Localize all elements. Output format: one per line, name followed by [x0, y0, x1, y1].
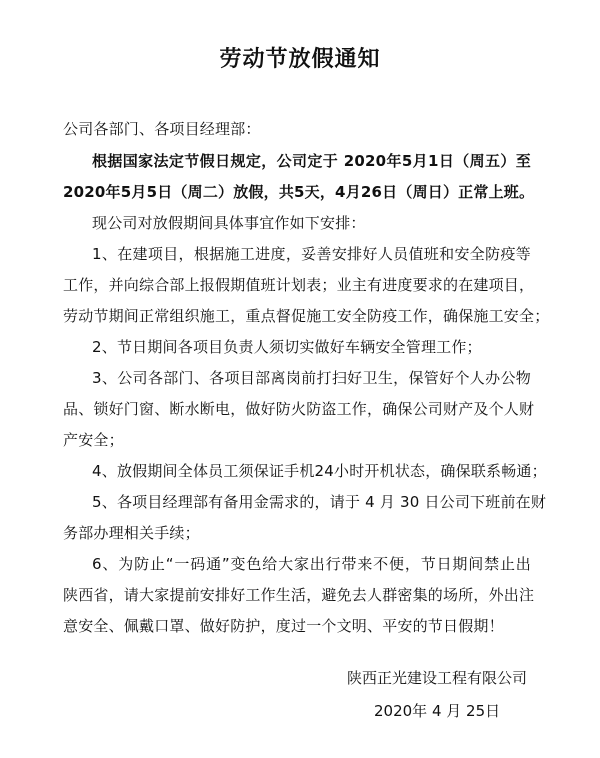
paragraph-line: 1、在建项目，根据施工进度，妥善安排好人员值班和安全防疫等	[92, 244, 531, 264]
paragraph-line: 现公司对放假期间具体事宜作如下安排：	[92, 213, 531, 233]
paragraph-line: 根据国家法定节假日规定，公司定于 2020年5月1日（周五）至	[92, 151, 531, 171]
salutation: 公司各部门、各项目经理部：	[63, 119, 531, 139]
paragraph-line: 务部办理相关手续；	[63, 523, 531, 543]
paragraph-line: 产安全；	[63, 430, 531, 450]
paragraph-line: 3、公司各部门、各项目部离岗前打扫好卫生，保管好个人办公物	[92, 368, 531, 388]
paragraph-line: 6、为防止“一码通”变色给大家出行带来不便，节日期间禁止出	[92, 554, 531, 574]
paragraph-line: 品、锁好门窗、断水断电，做好防火防盗工作，确保公司财产及个人财	[63, 399, 531, 419]
signature-date: 2020年 4 月 25日	[374, 700, 500, 721]
paragraph-line: 2、节日期间各项目负责人须切实做好车辆安全管理工作；	[92, 337, 531, 357]
paragraph-line: 2020年5月5日（周二）放假，共5天，4月26日（周日）正常上班。	[63, 182, 531, 202]
company-name: 陕西正光建设工程有限公司	[347, 667, 527, 688]
paragraph-line: 工作，并向综合部上报假期值班计划表；业主有进度要求的在建项目，	[63, 275, 531, 295]
paragraph-line: 陕西省，请大家提前安排好工作生活，避免去人群密集的场所，外出注	[63, 585, 531, 605]
page-title: 劳动节放假通知	[0, 42, 600, 73]
paragraph-line: 5、各项目经理部有备用金需求的，请于 4 月 30 日公司下班前在财	[92, 492, 531, 512]
paragraph-line: 意安全、佩戴口罩、做好防护，度过一个文明、平安的节日假期！	[63, 616, 531, 636]
paragraph-line: 劳动节期间正常组织施工，重点督促施工安全防疫工作，确保施工安全；	[63, 306, 531, 326]
paragraph-line: 4、放假期间全体员工须保证手机24小时开机状态，确保联系畅通；	[92, 461, 531, 481]
